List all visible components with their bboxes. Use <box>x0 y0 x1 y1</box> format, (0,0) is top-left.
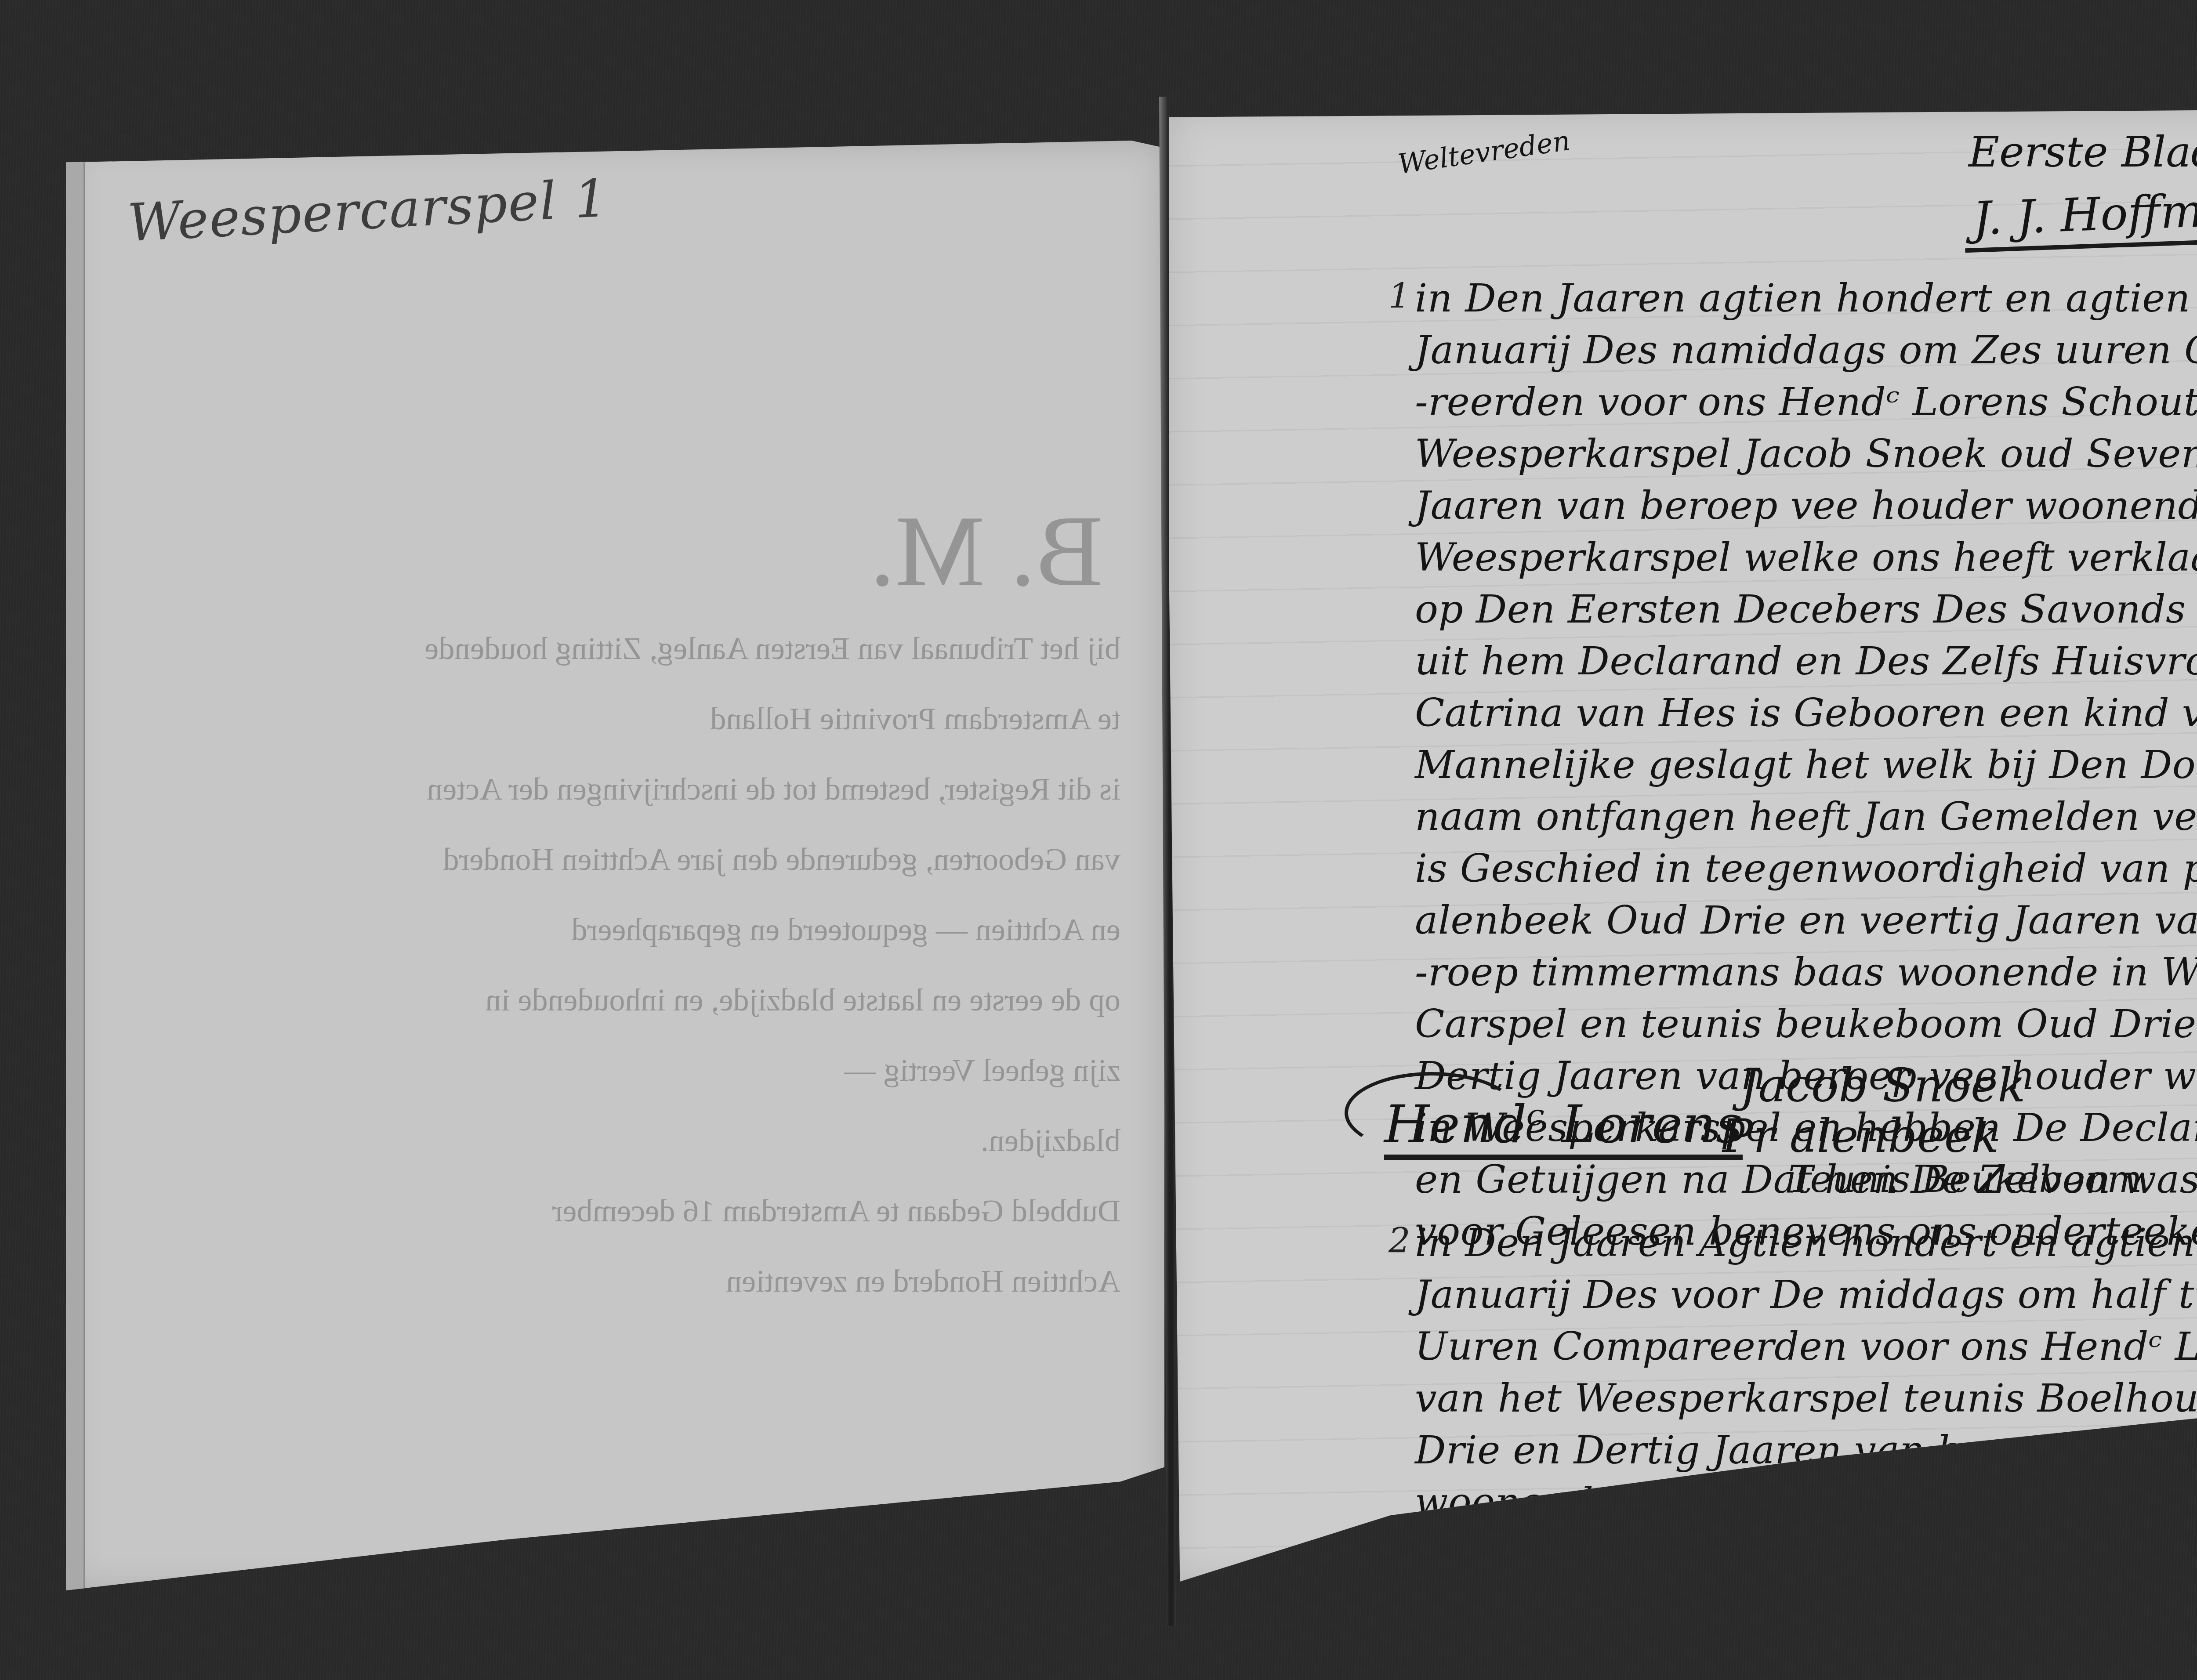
right-page: Weltevreden Eerste Blad J. J. Hoffman 1 … <box>1169 110 2197 1582</box>
act-line: -reerden voor ons Hendᶜ Lorens Schout va… <box>1415 376 2197 428</box>
act-line: naam ontfangen heeft Jan Gemelden verkla… <box>1415 791 2197 843</box>
page-edge <box>66 141 85 1590</box>
act-line: alenbeek Oud Drie en veertig Jaaren van … <box>1415 894 2197 946</box>
bleed-through-form: B. M. bij het Tribunaal van Eersten Aanl… <box>220 501 1120 1336</box>
act-line: van het Weesperkarspel teunis Boelhouwer… <box>1415 1372 2197 1424</box>
act-number: 2 <box>1389 1221 1410 1261</box>
act-line: uit hem Declarand en Des Zelfs Huisvrouw <box>1415 635 2197 687</box>
act-line: Weesperkarspel Jacob Snoek oud Seven vei… <box>1415 428 2197 480</box>
signature-schout: Hendᶜ Lorens <box>1384 1094 1743 1160</box>
act-line: -roep timmermans baas woonende in Weespe… <box>1415 946 2197 998</box>
bleed-line: van Geboorten, gedurende den jare Achtti… <box>220 844 1120 875</box>
bleed-line: Dubbeld Gedaan te Amsterdam 16 december <box>220 1195 1120 1227</box>
folio-signature: J. J. Hoffman <box>1963 181 2197 253</box>
bleed-line: bij het Tribunaal van Eersten Aanleg, Zi… <box>220 633 1120 664</box>
act-line: Jaaren van beroep vee houder woonende in <box>1415 480 2197 532</box>
left-page: Weespercarspel 1 B. M. bij het Tribunaal… <box>66 141 1164 1590</box>
bleed-line: is dit Register, bestemd tot de inschrij… <box>220 773 1120 805</box>
bleed-line: Achttien Honderd en zeventien <box>220 1265 1120 1297</box>
act-line: Carspel en teunis beukeboom Oud Drie en <box>1415 998 2197 1050</box>
signature-witness-1: Pr alenbeek <box>1722 1109 1999 1163</box>
act-line: Catrina van Hes is Gebooren een kind van… <box>1415 687 2197 739</box>
act-line: is Geschied in teegenwoordigheid van pie… <box>1415 843 2197 894</box>
bleed-heading: B. M. <box>220 501 1120 602</box>
bleed-line: op de eerste en laatste bladzijde, en in… <box>220 984 1120 1016</box>
act-line: in Den Jaaren Agtien hondert en agtien D… <box>1415 1217 2197 1269</box>
act-line: Uuren Compareerden voor ons Hendᶜ Lorens… <box>1415 1321 2197 1372</box>
signature-declarant: Jacob Snoek <box>1740 1059 2026 1112</box>
bleed-line: zijn geheel Veertig — <box>220 1054 1120 1086</box>
act-line: Weesperkarspel welke ons heeft verklaard… <box>1415 532 2197 583</box>
act-line: Mannelijke geslagt het welk bij Den Doop <box>1415 739 2197 791</box>
signatures-act-1: Hendᶜ Lorens Jacob Snoek Pr alenbeek Teu… <box>1345 1059 2179 1199</box>
act-line: Januarij Des namiddags om Zes uuren Comp… <box>1415 324 2197 376</box>
archive-label: Weespercarspel 1 <box>126 167 609 253</box>
act-line: op Den Eersten Decebers Des Savonds om S… <box>1415 583 2197 635</box>
bleed-line: te Amsterdam Provintie Holland <box>220 703 1120 735</box>
bleed-line: en Achttien — gequoteerd en geparapheerd <box>220 914 1120 945</box>
act-line: Januarij Des voor De middags om half twa… <box>1415 1269 2197 1321</box>
bleed-line: bladzijden. <box>220 1125 1120 1156</box>
act-line: in Den Jaaren agtien hondert en agtien D… <box>1415 272 2197 324</box>
folio-title: Eerste Blad <box>1969 127 2197 177</box>
signature-witness-2: Teunis Beukeboom <box>1788 1158 2142 1201</box>
act-number: 1 <box>1389 277 1410 316</box>
